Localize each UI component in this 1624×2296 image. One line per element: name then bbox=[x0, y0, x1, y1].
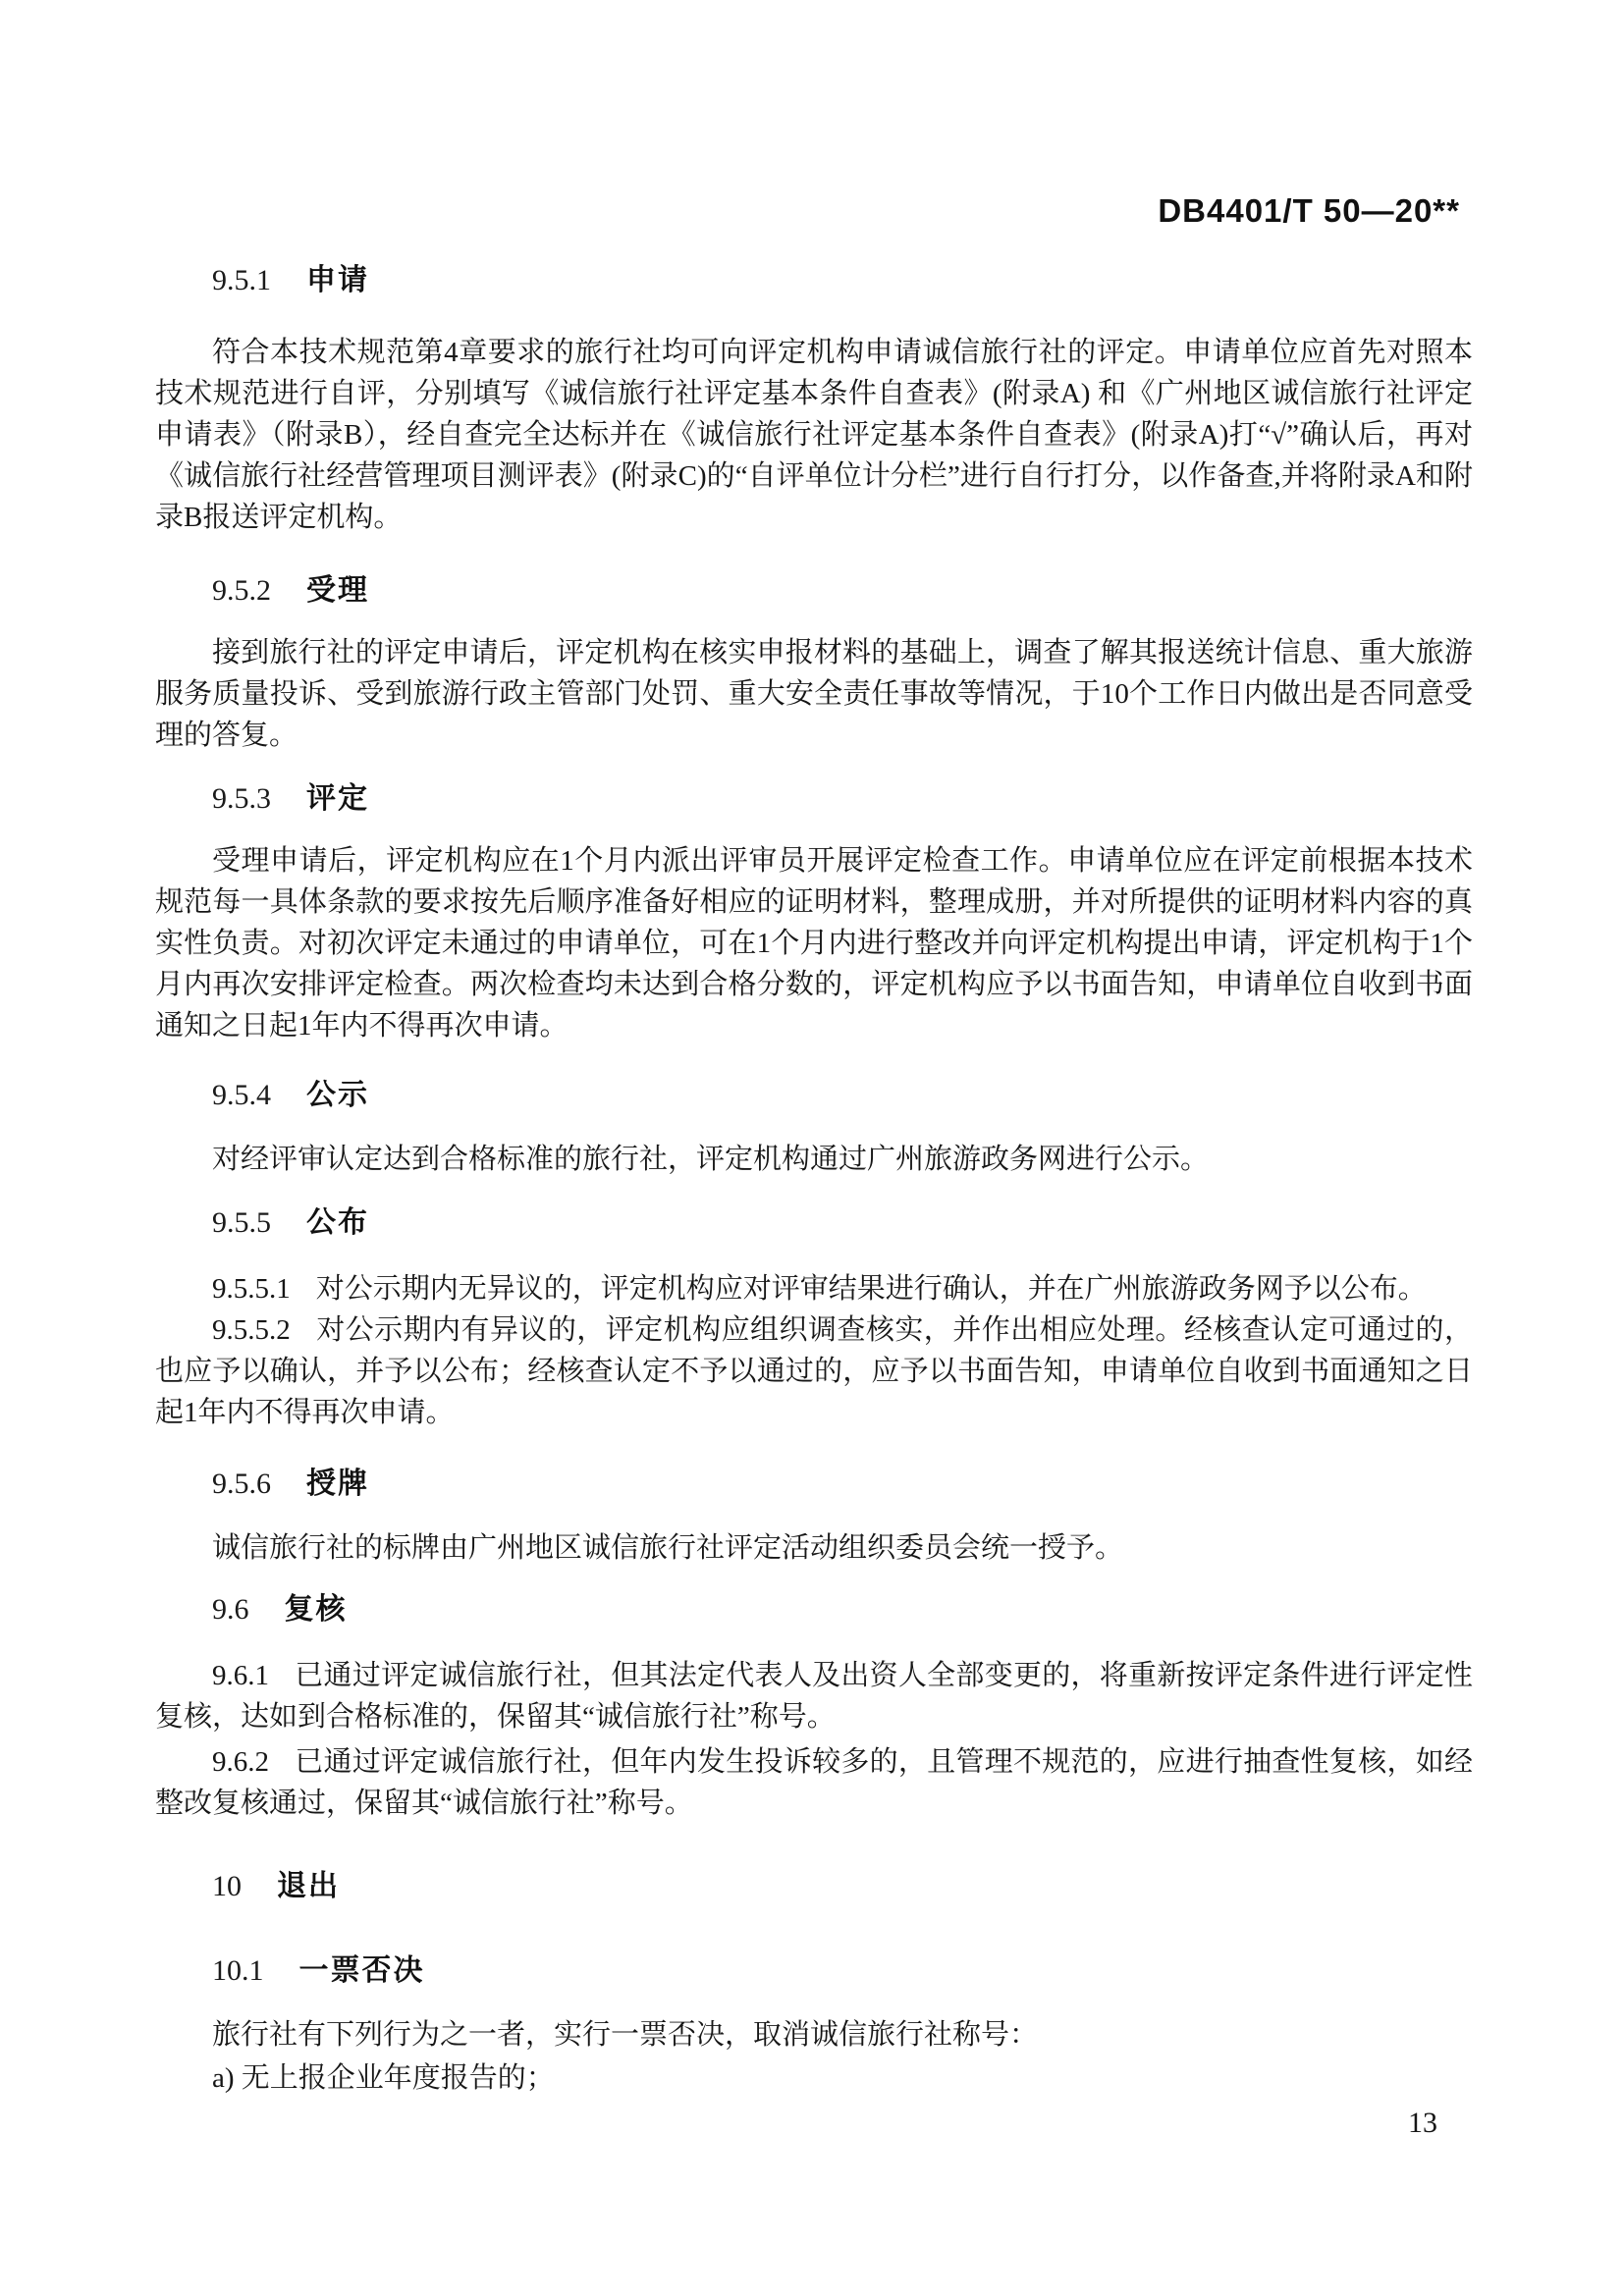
section-title: 评定 bbox=[306, 782, 369, 815]
section-heading-9-5-5: 9.5.5公布 bbox=[212, 1205, 1473, 1241]
paragraph-veto-intro: 旅行社有下列行为之一者，实行一票否决，取消诚信旅行社称号： bbox=[155, 2014, 1473, 2056]
document-content: 9.5.1申请 符合本技术规范第4章要求的旅行社均可向评定机构申请诚信旅行社的评… bbox=[155, 0, 1473, 2099]
list-item-a: a) 无上报企业年度报告的； bbox=[155, 2057, 1473, 2099]
clause-text: 已通过评定诚信旅行社，但其法定代表人及出资人全部变更的，将重新按评定条件进行评定… bbox=[155, 1660, 1473, 1733]
section-number: 10.1 bbox=[212, 1954, 264, 1987]
chapter-heading-10: 10退出 bbox=[212, 1869, 1473, 1904]
section-number: 9.5.5 bbox=[212, 1206, 271, 1239]
clause-number: 9.6.2 bbox=[212, 1746, 269, 1778]
clause-text: 对公示期内无异议的，评定机构应对评审结果进行确认，并在广州旅游政务网予以公布。 bbox=[316, 1273, 1427, 1305]
section-number: 9.5.6 bbox=[212, 1468, 271, 1500]
paragraph-9-5-5-2: 9.5.5.2对公示期内有异议的，评定机构应组织调查核实，并作出相应处理。经核查… bbox=[155, 1309, 1473, 1433]
chapter-title: 退出 bbox=[277, 1870, 340, 1902]
section-heading-10-1: 10.1一票否决 bbox=[212, 1953, 1473, 1989]
section-number: 9.6 bbox=[212, 1593, 249, 1626]
section-title: 受理 bbox=[306, 574, 369, 607]
section-heading-9-5-2: 9.5.2受理 bbox=[212, 573, 1473, 609]
section-title: 公示 bbox=[306, 1079, 369, 1111]
section-title: 复核 bbox=[285, 1593, 348, 1626]
section-heading-9-5-1: 9.5.1申请 bbox=[212, 263, 1473, 298]
section-heading-9-5-4: 9.5.4公示 bbox=[212, 1078, 1473, 1113]
paragraph-assessment: 受理申请后，评定机构应在1个月内派出评审员开展评定检查工作。申请单位应在评定前根… bbox=[155, 840, 1473, 1046]
chapter-number: 10 bbox=[212, 1870, 242, 1902]
paragraph-9-6-1: 9.6.1已通过评定诚信旅行社，但其法定代表人及出资人全部变更的，将重新按评定条… bbox=[155, 1655, 1473, 1737]
section-number: 9.5.4 bbox=[212, 1079, 271, 1111]
paragraph-9-5-5-1: 9.5.5.1对公示期内无异议的，评定机构应对评审结果进行确认，并在广州旅游政务… bbox=[155, 1268, 1473, 1309]
section-number: 9.5.2 bbox=[212, 574, 271, 607]
clause-number: 9.5.5.2 bbox=[212, 1314, 291, 1346]
clause-text: 对公示期内有异议的，评定机构应组织调查核实，并作出相应处理。经核查认定可通过的，… bbox=[155, 1314, 1473, 1428]
section-title: 申请 bbox=[306, 264, 369, 296]
document-page: DB4401/T 50—20** 9.5.1申请 符合本技术规范第4章要求的旅行… bbox=[0, 0, 1624, 2296]
paragraph-publicity: 对经评审认定达到合格标准的旅行社，评定机构通过广州旅游政务网进行公示。 bbox=[155, 1139, 1473, 1180]
section-number: 9.5.1 bbox=[212, 264, 271, 296]
section-title: 公布 bbox=[306, 1206, 369, 1239]
section-title: 一票否决 bbox=[299, 1954, 425, 1987]
page-number: 13 bbox=[1408, 2107, 1437, 2140]
clause-text: 已通过评定诚信旅行社，但年内发生投诉较多的，且管理不规范的，应进行抽查性复核，如… bbox=[155, 1746, 1473, 1819]
section-title: 授牌 bbox=[306, 1468, 369, 1500]
section-number: 9.5.3 bbox=[212, 782, 271, 815]
section-heading-9-5-6: 9.5.6授牌 bbox=[212, 1467, 1473, 1502]
paragraph-acceptance: 接到旅行社的评定申请后，评定机构在核实申报材料的基础上，调查了解其报送统计信息、… bbox=[155, 632, 1473, 756]
paragraph-plaque: 诚信旅行社的标牌由广州地区诚信旅行社评定活动组织委员会统一授予。 bbox=[155, 1527, 1473, 1569]
paragraph-9-6-2: 9.6.2已通过评定诚信旅行社，但年内发生投诉较多的，且管理不规范的，应进行抽查… bbox=[155, 1741, 1473, 1824]
clause-number: 9.5.5.1 bbox=[212, 1273, 291, 1305]
section-heading-9-6: 9.6复核 bbox=[212, 1592, 1473, 1628]
clause-number: 9.6.1 bbox=[212, 1660, 269, 1691]
section-heading-9-5-3: 9.5.3评定 bbox=[212, 781, 1473, 817]
paragraph-application: 符合本技术规范第4章要求的旅行社均可向评定机构申请诚信旅行社的评定。申请单位应首… bbox=[155, 332, 1473, 538]
